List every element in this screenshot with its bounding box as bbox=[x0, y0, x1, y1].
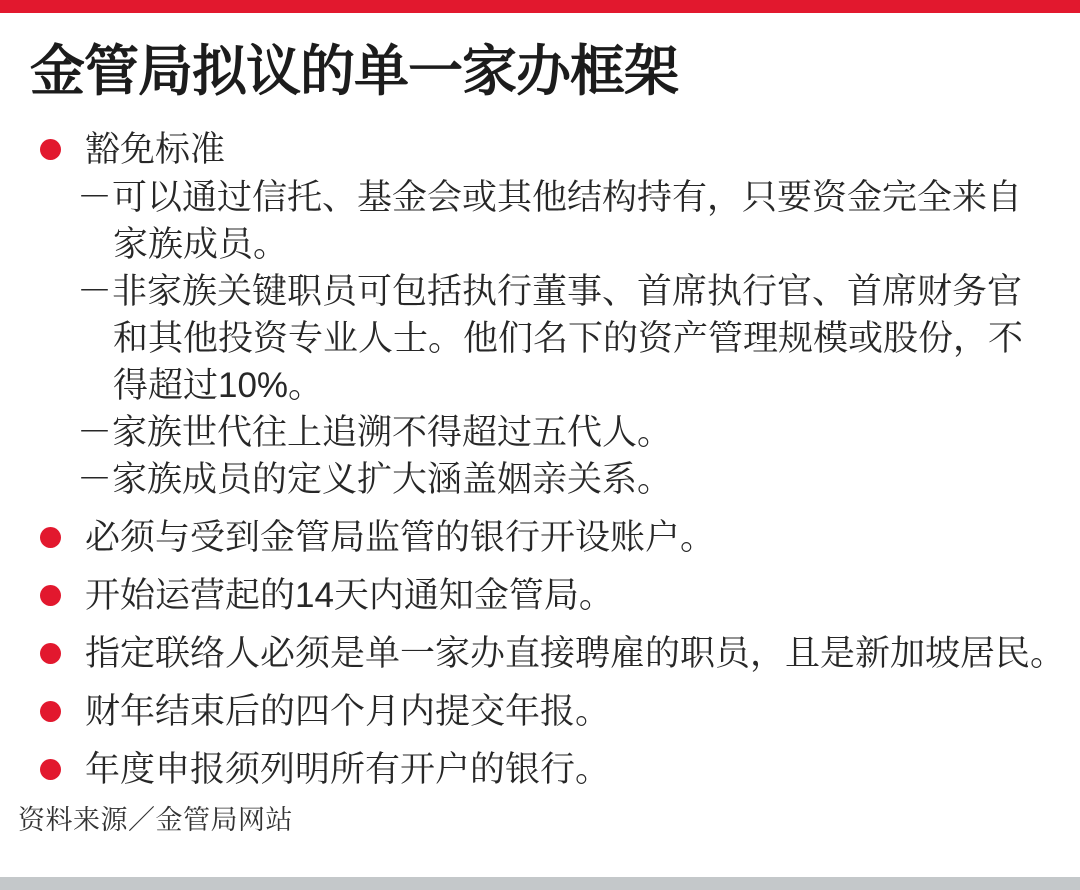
bullet-dot-icon bbox=[40, 527, 61, 548]
bullet-item-annual-report: 财年结束后的四个月内提交年报。 bbox=[0, 688, 1080, 735]
bullet-label: 财年结束后的四个月内提交年报。 bbox=[85, 692, 610, 731]
bullet-label: 开始运营起的14天内通知金管局。 bbox=[85, 576, 614, 615]
bullet-label: 豁免标准 bbox=[85, 130, 225, 169]
sub-item: －非家族关键职员可包括执行董事、首席执行官、首席财务官和其他投资专业人士。他们名… bbox=[0, 268, 1080, 409]
sub-item-list: －可以通过信托、基金会或其他结构持有，只要资金完全来自家族成员。 －非家族关键职… bbox=[0, 174, 1080, 503]
bullet-dot-icon bbox=[40, 139, 61, 160]
sub-item: －家族成员的定义扩大涵盖姻亲关系。 bbox=[0, 456, 1080, 503]
bullet-item-bank-account: 必须与受到金管局监管的银行开设账户。 bbox=[0, 514, 1080, 561]
page-title: 金管局拟议的单一家办框架 bbox=[30, 42, 1050, 100]
bullet-row: 年度申报须列明所有开户的银行。 bbox=[0, 746, 1080, 793]
bullet-item-declare-banks: 年度申报须列明所有开户的银行。 bbox=[0, 746, 1080, 793]
bullet-row: 财年结束后的四个月内提交年报。 bbox=[0, 688, 1080, 735]
bullet-label: 必须与受到金管局监管的银行开设账户。 bbox=[85, 518, 715, 557]
bullet-row: 必须与受到金管局监管的银行开设账户。 bbox=[0, 514, 1080, 561]
bullet-dot-icon bbox=[40, 643, 61, 664]
bullet-row: 指定联络人必须是单一家办直接聘雇的职员，且是新加坡居民。 bbox=[0, 630, 1080, 677]
sub-item: －可以通过信托、基金会或其他结构持有，只要资金完全来自家族成员。 bbox=[0, 174, 1080, 268]
bullet-label: 指定联络人必须是单一家办直接聘雇的职员，且是新加坡居民。 bbox=[85, 634, 1065, 673]
sub-item: －家族世代往上追溯不得超过五代人。 bbox=[0, 409, 1080, 456]
bullet-row: 豁免标准 bbox=[0, 126, 1080, 173]
bottom-bar bbox=[0, 877, 1080, 890]
bullet-dot-icon bbox=[40, 701, 61, 722]
source-note: 资料来源／金管局网站 bbox=[18, 805, 1080, 835]
bullet-dot-icon bbox=[40, 759, 61, 780]
bullet-item-notify-14-days: 开始运营起的14天内通知金管局。 bbox=[0, 572, 1080, 619]
top-accent-bar bbox=[0, 0, 1080, 13]
bullet-label: 年度申报须列明所有开户的银行。 bbox=[85, 750, 610, 789]
bullet-row: 开始运营起的14天内通知金管局。 bbox=[0, 572, 1080, 619]
bullet-dot-icon bbox=[40, 585, 61, 606]
bullet-item-contact-person: 指定联络人必须是单一家办直接聘雇的职员，且是新加坡居民。 bbox=[0, 630, 1080, 677]
bullet-list: 豁免标准 －可以通过信托、基金会或其他结构持有，只要资金完全来自家族成员。 －非… bbox=[0, 126, 1080, 793]
bullet-item-exemption: 豁免标准 －可以通过信托、基金会或其他结构持有，只要资金完全来自家族成员。 －非… bbox=[0, 126, 1080, 503]
